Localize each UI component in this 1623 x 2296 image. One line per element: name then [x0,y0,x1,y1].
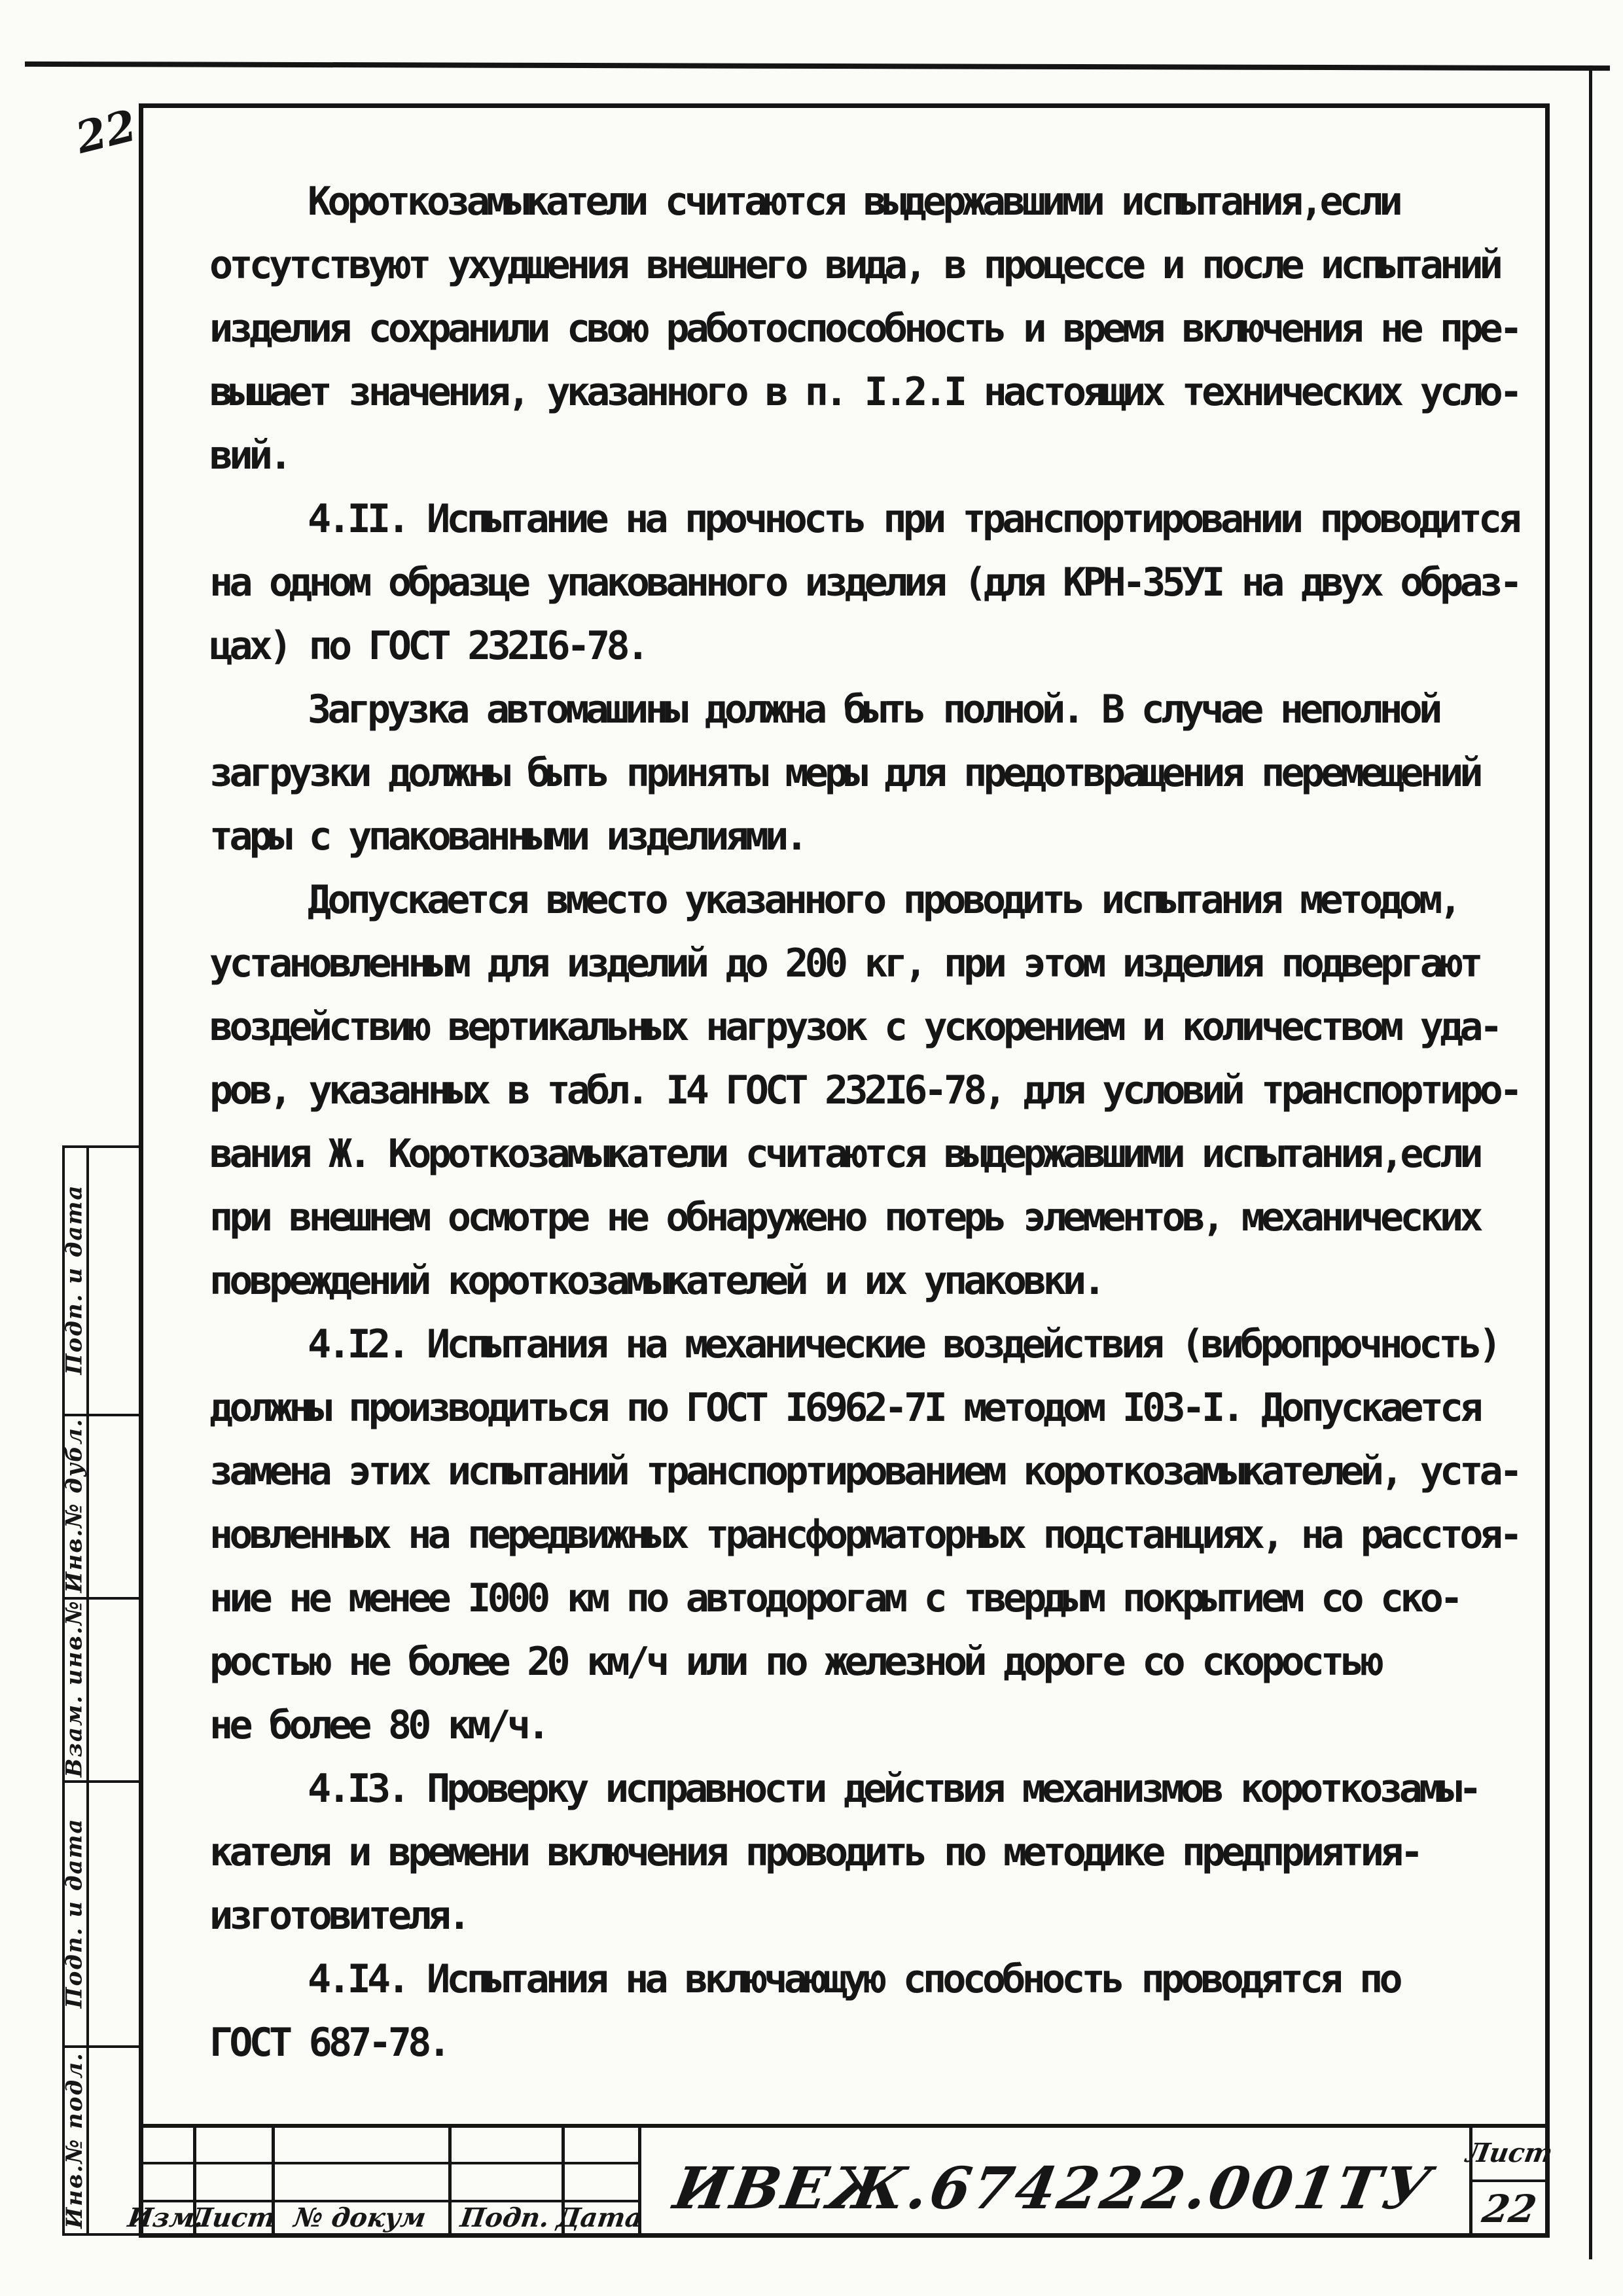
body-line: новленных на передвижных трансформаторны… [209,1503,1558,1567]
body-line: Загрузка автомашины должна быть полной. … [209,678,1558,742]
document-designation: ИВЕЖ.674222.001ТУ [631,2145,1477,2231]
sheet-number: 22 [1465,2181,1555,2236]
stamp-cell-inv-podl: Инв.№ подл. [60,2045,89,2235]
body-line: вий. [209,424,1558,488]
stamp-cell-inv-dubl: Инв.№ дубл. [60,1414,89,1597]
page-right-edge-line [1589,65,1592,2259]
revision-col-podp: Подп. [446,2200,564,2235]
revision-col-data: Дата [559,2200,641,2235]
stamp-cell-label: Подп. и дата [62,1818,88,2008]
body-line: вания Ж. Короткозамыкатели считаются выд… [209,1122,1558,1186]
stamp-cell-podp-i-data: Подп. и дата [60,1145,89,1414]
revision-col-list: Лист [190,2200,274,2235]
stamp-cell-label: Подп. и дата [62,1184,88,1374]
stamp-cell-label: Инв.№ дубл. [62,1418,88,1592]
body-line: вышает значения, указанного в п. I.2.I н… [209,361,1558,424]
body-line: ние не менее I000 км по автодорогам с тв… [209,1567,1558,1630]
handwritten-page-number: 22 [71,99,141,164]
document-body: Короткозамыкатели считаются выдержавшими… [209,170,1558,2075]
body-line: на одном образце упакованного изделия (д… [209,551,1558,615]
stamp-cell-label: Инв.№ подл. [62,2052,88,2229]
revision-col-dokum: № докум [269,2200,451,2235]
body-line: отсутствуют ухудшения внешнего вида, в п… [209,234,1558,297]
body-line: цах) по ГОСТ 232I6-78. [209,615,1558,678]
body-line: изготовителя. [209,1884,1558,1948]
body-line: кателя и времени включения проводить по … [209,1821,1558,1884]
title-block-row-line [139,2162,641,2164]
body-line: должны производиться по ГОСТ I6962-7I ме… [209,1376,1558,1440]
body-line: 4.I2. Испытания на механические воздейст… [209,1313,1558,1376]
body-line: 4.I3. Проверку исправности действия меха… [209,1757,1558,1821]
body-line: Допускается вместо указанного проводить … [209,869,1558,932]
stamp-cell-podp-i-data-2: Подп. и дата [60,1780,89,2045]
body-line: ростью не более 20 км/ч или по железной … [209,1630,1558,1694]
stamp-cell-vzam-inv: Взам. инв.№ [60,1597,89,1780]
body-line: воздействию вертикальных нагрузок с уско… [209,996,1558,1059]
body-line: при внешнем осмотре не обнаружено потерь… [209,1186,1558,1249]
stamp-cell-label: Взам. инв.№ [62,1600,88,1777]
body-line: не более 80 км/ч. [209,1694,1558,1757]
body-line: ров, указанных в табл. I4 ГОСТ 232I6-78,… [209,1059,1558,1122]
title-block-top-line [139,2124,1550,2128]
revision-col-izm: Изм. [136,2200,196,2235]
body-line: 4.II. Испытание на прочность при транспо… [209,488,1558,551]
body-line: ГОСТ 687-78. [209,2011,1558,2075]
body-line: установленным для изделий до 200 кг, при… [209,932,1558,996]
scanned-page: 22 Короткозамыкатели считаются выдержавш… [0,0,1623,2296]
body-line: повреждений короткозамыкателей и их упак… [209,1249,1558,1313]
sheet-label: Лист [1464,2124,1555,2181]
body-line: замена этих испытаний транспортированием… [209,1440,1558,1503]
body-line: изделия сохранили свою работоспособность… [209,297,1558,361]
page-top-edge-line [25,62,1610,71]
body-line: Короткозамыкатели считаются выдержавшими… [209,170,1558,234]
body-line: 4.I4. Испытания на включающую способност… [209,1948,1558,2011]
body-line: загрузки должны быть приняты меры для пр… [209,742,1558,805]
body-line: тары с упакованными изделиями. [209,805,1558,869]
